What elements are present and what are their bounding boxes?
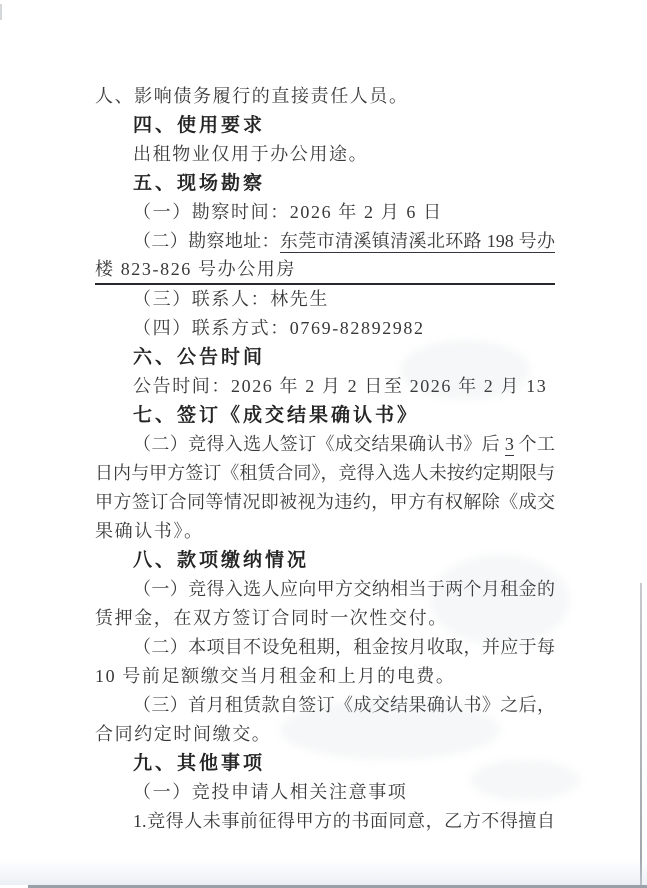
page-corner-mark	[0, 4, 2, 20]
page-right-edge-shadow	[640, 583, 642, 888]
scan-smudge	[280, 700, 500, 760]
line-confirmation-para-3: 甲方签订合同等情况即被视为违约，甲方有权解除《成交结	[95, 488, 555, 517]
line-bidder-note-1: 1.竞得人未事前征得甲方的书面同意，乙方不得擅自改	[95, 807, 555, 836]
line-survey-time: （一）勘察时间：2026 年 2 月 6 日	[95, 198, 555, 227]
heading-site-survey: 五、现场勘察	[95, 169, 555, 198]
line-contact-person: （三）联系人：林先生	[95, 285, 555, 314]
scanned-document-page: 人、影响债务履行的直接责任人员。 四、使用要求 出租物业仅用于办公用途。 五、现…	[0, 0, 647, 888]
line-debt-liability: 人、影响债务履行的直接责任人员。	[95, 82, 555, 111]
line-survey-address-cont: 楼 823-826 号办公用房	[95, 256, 555, 285]
heading-usage-requirements: 四、使用要求	[95, 111, 555, 140]
confirmation-text-pre: （二）竞得入选人签订《成交结果确认书》后	[133, 434, 505, 454]
scan-smudge	[400, 340, 530, 400]
line-contact-phone: （四）联系方式：0769-82892982	[95, 314, 555, 343]
line-confirmation-para-1: （二）竞得入选人签订《成交结果确认书》后 3 个工作	[95, 430, 555, 459]
line-confirmation-para-2: 日内与甲方签订《租赁合同》，竞得入选人未按约定期限与	[95, 459, 555, 488]
page-bottom-wash	[0, 859, 647, 885]
scan-smudge	[470, 760, 580, 800]
heading-confirmation-signing: 七、签订《成交结果确认书》	[95, 401, 555, 430]
survey-address-label: （二）勘察地址：	[133, 231, 280, 251]
line-rent-schedule-2: 10 号前足额缴交当月租金和上月的电费。	[95, 662, 555, 691]
line-office-use-only: 出租物业仅用于办公用途。	[95, 140, 555, 169]
line-survey-address: （二）勘察地址：东莞市清溪镇清溪北环路 198 号办公	[95, 227, 555, 256]
scan-smudge	[430, 555, 570, 645]
underlined-number: 3	[505, 434, 514, 456]
line-confirmation-para-4: 果确认书》。	[95, 517, 555, 546]
